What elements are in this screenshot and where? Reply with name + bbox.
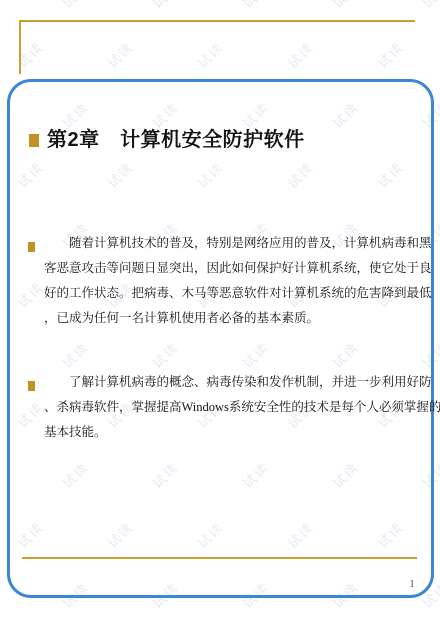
text-line: 好的工作状态。把病毒、木马等恶意软件对计算机系统的危害降到最低 [44,281,418,306]
bullet-square-icon [28,242,35,252]
watermark-text: 试读 [238,0,273,12]
title-bullet-square-icon [29,134,39,147]
list-item: 随着计算机技术的普及，特别是网络应用的普及，计算机病毒和黑客恶意攻击等问题日显突… [44,231,418,331]
watermark-text: 试读 [0,577,2,612]
list-item: 了解计算机病毒的概念、病毒传染和发作机制，并进一步利用好防、杀病毒软件，掌握提高… [44,370,418,445]
watermark-text: 试读 [148,0,183,12]
text-line: ，已成为任何一名计算机使用者必备的基本素质。 [44,306,418,331]
watermark-text: 试读 [103,37,138,72]
bottom-accent-line [22,557,417,559]
watermark-text: 试读 [418,0,440,12]
text-line: 客恶意攻击等问题日显突出，因此如何保护好计算机系统，使它处于良 [44,256,418,281]
watermark-text: 试读 [0,337,2,372]
watermark-text: 试读 [0,457,2,492]
bullet-paragraph: 了解计算机病毒的概念、病毒传染和发作机制，并进一步利用好防、杀病毒软件，掌握提高… [44,370,418,445]
bullet-paragraph: 随着计算机技术的普及，特别是网络应用的普及，计算机病毒和黑客恶意攻击等问题日显突… [44,231,418,331]
text-line: 基本技能。 [44,420,418,445]
title-row: 第2章 计算机安全防护软件 [29,126,305,155]
top-accent-line [19,20,415,22]
bullet-list: 随着计算机技术的普及，特别是网络应用的普及，计算机病毒和黑客恶意攻击等问题日显突… [44,231,418,445]
watermark-text: 试读 [373,37,408,72]
watermark-text: 试读 [0,217,2,252]
watermark-text: 试读 [13,37,48,72]
watermark-text: 试读 [193,37,228,72]
watermark-text: 试读 [328,0,363,12]
slide-canvas: 试读试读试读试读试读试读试读试读试读试读试读试读试读试读试读试读试读试读试读试读… [0,0,440,620]
watermark-text: 试读 [58,0,93,12]
left-accent-line [19,20,21,74]
watermark-text: 试读 [283,37,318,72]
watermark-text: 试读 [0,97,2,132]
text-line: 了解计算机病毒的概念、病毒传染和发作机制，并进一步利用好防 [44,370,418,395]
page-number: 1 [405,577,419,591]
bullet-square-icon [28,381,35,391]
text-line: 、杀病毒软件，掌握提高Windows系统安全性的技术是每个人必须掌握的 [44,395,418,420]
text-line: 随着计算机技术的普及，特别是网络应用的普及，计算机病毒和黑 [44,231,418,256]
slide-title: 第2章 计算机安全防护软件 [47,126,305,155]
watermark-text: 试读 [0,0,2,12]
